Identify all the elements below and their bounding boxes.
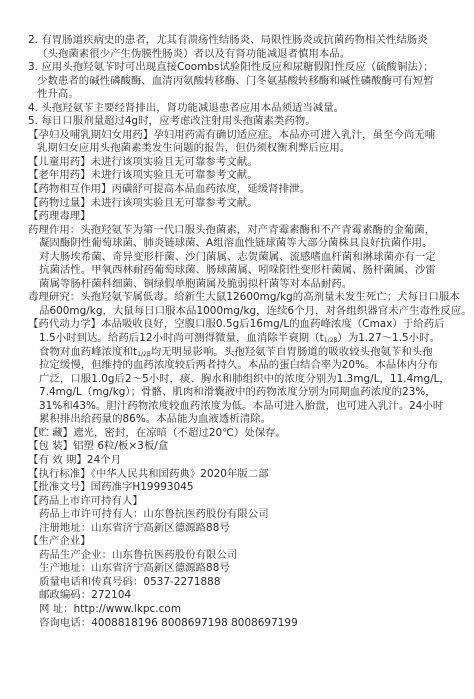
- text-line: 咨询电话：4008818196 8008697198 8008697199: [28, 617, 448, 631]
- text-line: 1.5小时到达。给药后12小时尚可测得微量，血消除半衰期（t1/2β）为1.27…: [28, 332, 448, 346]
- text-line: 药品生产企业：山东鲁抗医药股份有限公司: [28, 549, 448, 563]
- line-text: 毒理研究：头孢羟氨苄属低毒。给新生大鼠12600mg/kg的高剂量未发生死亡；犬…: [28, 291, 460, 303]
- text-line: 【执行标准】《中华人民共和国药典》2020年版二部: [28, 468, 448, 482]
- line-text: 生产地址：山东省济宁高新区德源路88号: [39, 562, 230, 574]
- line-text: 【儿童用药】未进行该项实验且无可靠参考文献。: [28, 156, 258, 168]
- line-text: 【药品上市许可持有人】: [28, 495, 143, 507]
- text-line: 药品上市许可持有人：山东鲁抗医药股份有限公司: [28, 508, 448, 522]
- line-text: 【药代动力学】本品吸收良好，空腹口服0.5g后16mg/L的血药峰浓度（Cmax…: [28, 318, 445, 330]
- line-text: 【孕妇及哺乳期妇女用药】孕妇用药需有确切适应症。本品亦可进入乳汁，虽至今尚无哺: [28, 129, 435, 141]
- line-text: 3. 应用头孢羟氨苄时可出现直接Coombs试验阳性反应和尿糖假阳性反应（硫酸铜…: [28, 61, 434, 73]
- line-text: 2. 有胃肠道疾病史的患者，尤其有溃疡性结肠炎、局限性肠炎或抗菌药物相关性结肠炎: [28, 34, 428, 46]
- text-line: 【包 装】铝塑 6粒/板×3板/盒: [28, 440, 448, 454]
- text-line: 拉定缓慢，但维持的血药浓度较后两者持久。本品的蛋白结合率为20%。本品体内分布: [28, 359, 448, 373]
- text-line: 药理作用：头孢羟氨苄为第一代口服头孢菌素，对产青霉素酶和不产青霉素酶的金葡菌，: [28, 224, 448, 238]
- line-text: 食物对血药峰浓度和t: [39, 346, 137, 358]
- text-line: 少数患者的碱性磷酸酶、血清丙氨酸转移酶、门冬氨基酸转移酶和碱性磷酸酶可有短暂: [28, 75, 448, 89]
- line-text: 凝固酶阴性葡萄球菌、肺炎链球菌、A组溶血性链球菌等大部分菌株具良好抗菌作用。: [39, 237, 432, 249]
- line-text: 少数患者的碱性磷酸酶、血清丙氨酸转移酶、门冬氨基酸转移酶和碱性磷酸酶可有短暂: [37, 75, 434, 87]
- text-line: 【药物过量】未进行该项实验且无可靠参考文献。: [28, 197, 448, 211]
- line-text: 【批准文号】国药准字H19993045: [28, 481, 194, 493]
- text-line: 31%和43%。胆汁药物浓度较血药浓度为低。本品可进入胎盘，也可进入乳汁。24小…: [28, 400, 448, 414]
- text-line: 【生产企业】: [28, 535, 448, 549]
- line-text: 31%和43%。胆汁药物浓度较血药浓度为低。本品可进入胎盘，也可进入乳汁。24小…: [39, 400, 443, 412]
- text-line: 【老年用药】未进行该项实验且无可靠参考文献。: [28, 169, 448, 183]
- text-line: 邮政编码：272104: [28, 589, 448, 603]
- text-line: 累积排出给药量的86%。本品能为血液透析清除。: [28, 413, 448, 427]
- line-text: 注册地址：山东省济宁高新区德源路88号: [39, 522, 230, 534]
- line-text: 网 址：http://www.lkpc.com: [39, 603, 181, 615]
- drug-leaflet-text: 2. 有胃肠道疾病史的患者，尤其有溃疡性结肠炎、局限性肠炎或抗菌药物相关性结肠炎…: [28, 34, 448, 630]
- line-text-continued: 均无明显影响。头孢羟氨苄自胃肠道的吸收较头孢氨苄和头孢: [151, 346, 433, 358]
- text-line: 3. 应用头孢羟氨苄时可出现直接Coombs试验阳性反应和尿糖假阳性反应（硫酸铜…: [28, 61, 448, 75]
- line-text: 5. 每日口服剂量超过4g时，应考虑改注射用头孢菌素类药物。: [28, 115, 316, 127]
- line-text: 拉定缓慢，但维持的血药浓度较后两者持久。本品的蛋白结合率为20%。本品体内分布: [39, 359, 438, 371]
- subscript: 1/2β: [137, 351, 151, 358]
- line-text: 7.4mg/L（mg/kg）；骨骼、肌肉和滑囊液中的药物浓度分别为同期血药浓度的…: [39, 386, 436, 398]
- line-text: 【生产企业】: [28, 535, 91, 547]
- line-text: 邮政编码：272104: [39, 589, 131, 601]
- text-line: （头孢菌素很少产生伪膜性肠炎）者以及有肾功能减退者慎用本品。: [28, 48, 448, 62]
- line-text: 4. 头孢羟氨苄主要经肾排出，肾功能减退患者应用本品须适当减量。: [28, 102, 344, 114]
- line-text: 【药物相互作用】丙磺舒可提高本品血药浓度，延缓肾排泄。: [28, 183, 310, 195]
- line-text: 药品生产企业：山东鲁抗医药股份有限公司: [39, 549, 237, 561]
- text-line: 【药物相互作用】丙磺舒可提高本品血药浓度，延缓肾排泄。: [28, 183, 448, 197]
- text-line: 生产地址：山东省济宁高新区德源路88号: [28, 562, 448, 576]
- text-line: 5. 每日口服剂量超过4g时，应考虑改注射用头孢菌素类药物。: [28, 115, 448, 129]
- text-line: 【孕妇及哺乳期妇女用药】孕妇用药需有确切适应症。本品亦可进入乳汁，虽至今尚无哺: [28, 129, 448, 143]
- line-text: 【贮 藏】遮光，密封，在凉暗（不超过20℃）处保存。: [28, 427, 286, 439]
- text-line: 【药理毒理】: [28, 210, 448, 224]
- line-text: （头孢菌素很少产生伪膜性肠炎）者以及有肾功能减退者慎用本品。: [37, 48, 350, 60]
- text-line: 2. 有胃肠道疾病史的患者，尤其有溃疡性结肠炎、局限性肠炎或抗菌药物相关性结肠炎: [28, 34, 448, 48]
- line-text: 对大肠埃希菌、奇异变形杆菌、沙门菌属、志贺菌属、流感嗜血杆菌和淋球菌亦有一定: [39, 251, 436, 263]
- text-line: 食物对血药峰浓度和t1/2β均无明显影响。头孢羟氨苄自胃肠道的吸收较头孢氨苄和头…: [28, 346, 448, 360]
- line-text: 【药物过量】未进行该项实验且无可靠参考文献。: [28, 197, 258, 209]
- text-line: 【贮 藏】遮光，密封，在凉暗（不超过20℃）处保存。: [28, 427, 448, 441]
- text-line: 质量电话和传真号码：0537-2271888: [28, 576, 448, 590]
- text-line: 注册地址：山东省济宁高新区德源路88号: [28, 522, 448, 536]
- line-text: 药品上市许可持有人：山东鲁抗医药股份有限公司: [39, 508, 269, 520]
- line-text: 品600mg/kg，大鼠每日口服本品1000mg/kg，连续6个月，对各组织器官…: [39, 305, 472, 317]
- line-text: 【药理毒理】: [28, 210, 91, 222]
- line-text: 【有 效 期】24个月: [28, 454, 121, 466]
- line-text: 【老年用药】未进行该项实验且无可靠参考文献。: [28, 169, 258, 181]
- text-line: 乳期妇女应用头孢菌素类发生问题的报告，但仍须权衡利弊后应用。: [28, 142, 448, 156]
- text-line: 凝固酶阴性葡萄球菌、肺炎链球菌、A组溶血性链球菌等大部分菌株具良好抗菌作用。: [28, 237, 448, 251]
- text-line: 菌属等肠杆菌科细菌、铜绿假单胞菌属及脆弱拟杆菌等对本品耐药。: [28, 278, 448, 292]
- line-text-continued: ）为1.27～1.5小时。: [337, 332, 440, 344]
- text-line: 抗菌活性。甲氧西林耐药葡萄球菌、肠球菌属、吲哚阳性变形杆菌属、肠杆菌属、沙雷: [28, 264, 448, 278]
- line-text: 1.5小时到达。给药后12小时尚可测得微量，血消除半衰期（t: [39, 332, 324, 344]
- text-line: 品600mg/kg，大鼠每日口服本品1000mg/kg，连续6个月，对各组织器官…: [28, 305, 448, 319]
- text-line: 【批准文号】国药准字H19993045: [28, 481, 448, 495]
- line-text: 性升高。: [37, 88, 79, 100]
- subscript: 1/2β: [324, 337, 338, 344]
- text-line: 广泛，口服1.0g后2～5小时，痰、胸水和肺组织中的浓度分别为1.3mg/L，1…: [28, 373, 448, 387]
- text-line: 对大肠埃希菌、奇异变形杆菌、沙门菌属、志贺菌属、流感嗜血杆菌和淋球菌亦有一定: [28, 251, 448, 265]
- text-line: 毒理研究：头孢羟氨苄属低毒。给新生大鼠12600mg/kg的高剂量未发生死亡；犬…: [28, 291, 448, 305]
- line-text: 菌属等肠杆菌科细菌、铜绿假单胞菌属及脆弱拟杆菌等对本品耐药。: [39, 278, 352, 290]
- line-text: 质量电话和传真号码：0537-2271888: [39, 576, 220, 588]
- line-text: 抗菌活性。甲氧西林耐药葡萄球菌、肠球菌属、吲哚阳性变形杆菌属、肠杆菌属、沙雷: [39, 264, 436, 276]
- line-text: 累积排出给药量的86%。本品能为血液透析清除。: [39, 413, 271, 425]
- text-line: 7.4mg/L（mg/kg）；骨骼、肌肉和滑囊液中的药物浓度分别为同期血药浓度的…: [28, 386, 448, 400]
- line-text: 咨询电话：4008818196 8008697198 8008697199: [39, 617, 298, 629]
- line-text: 乳期妇女应用头孢菌素类发生问题的报告，但仍须权衡利弊后应用。: [37, 142, 350, 154]
- text-line: 4. 头孢羟氨苄主要经肾排出，肾功能减退患者应用本品须适当减量。: [28, 102, 448, 116]
- text-line: 【有 效 期】24个月: [28, 454, 448, 468]
- line-text: 【包 装】铝塑 6粒/板×3板/盒: [28, 440, 168, 452]
- text-line: 【儿童用药】未进行该项实验且无可靠参考文献。: [28, 156, 448, 170]
- text-line: 网 址：http://www.lkpc.com: [28, 603, 448, 617]
- line-text: 广泛，口服1.0g后2～5小时，痰、胸水和肺组织中的浓度分别为1.3mg/L，1…: [39, 373, 450, 385]
- text-line: 【药代动力学】本品吸收良好，空腹口服0.5g后16mg/L的血药峰浓度（Cmax…: [28, 318, 448, 332]
- text-line: 性升高。: [28, 88, 448, 102]
- text-line: 【药品上市许可持有人】: [28, 495, 448, 509]
- line-text: 【执行标准】《中华人民共和国药典》2020年版二部: [28, 468, 269, 480]
- line-text: 药理作用：头孢羟氨苄为第一代口服头孢菌素，对产青霉素酶和不产青霉素酶的金葡菌，: [28, 224, 435, 236]
